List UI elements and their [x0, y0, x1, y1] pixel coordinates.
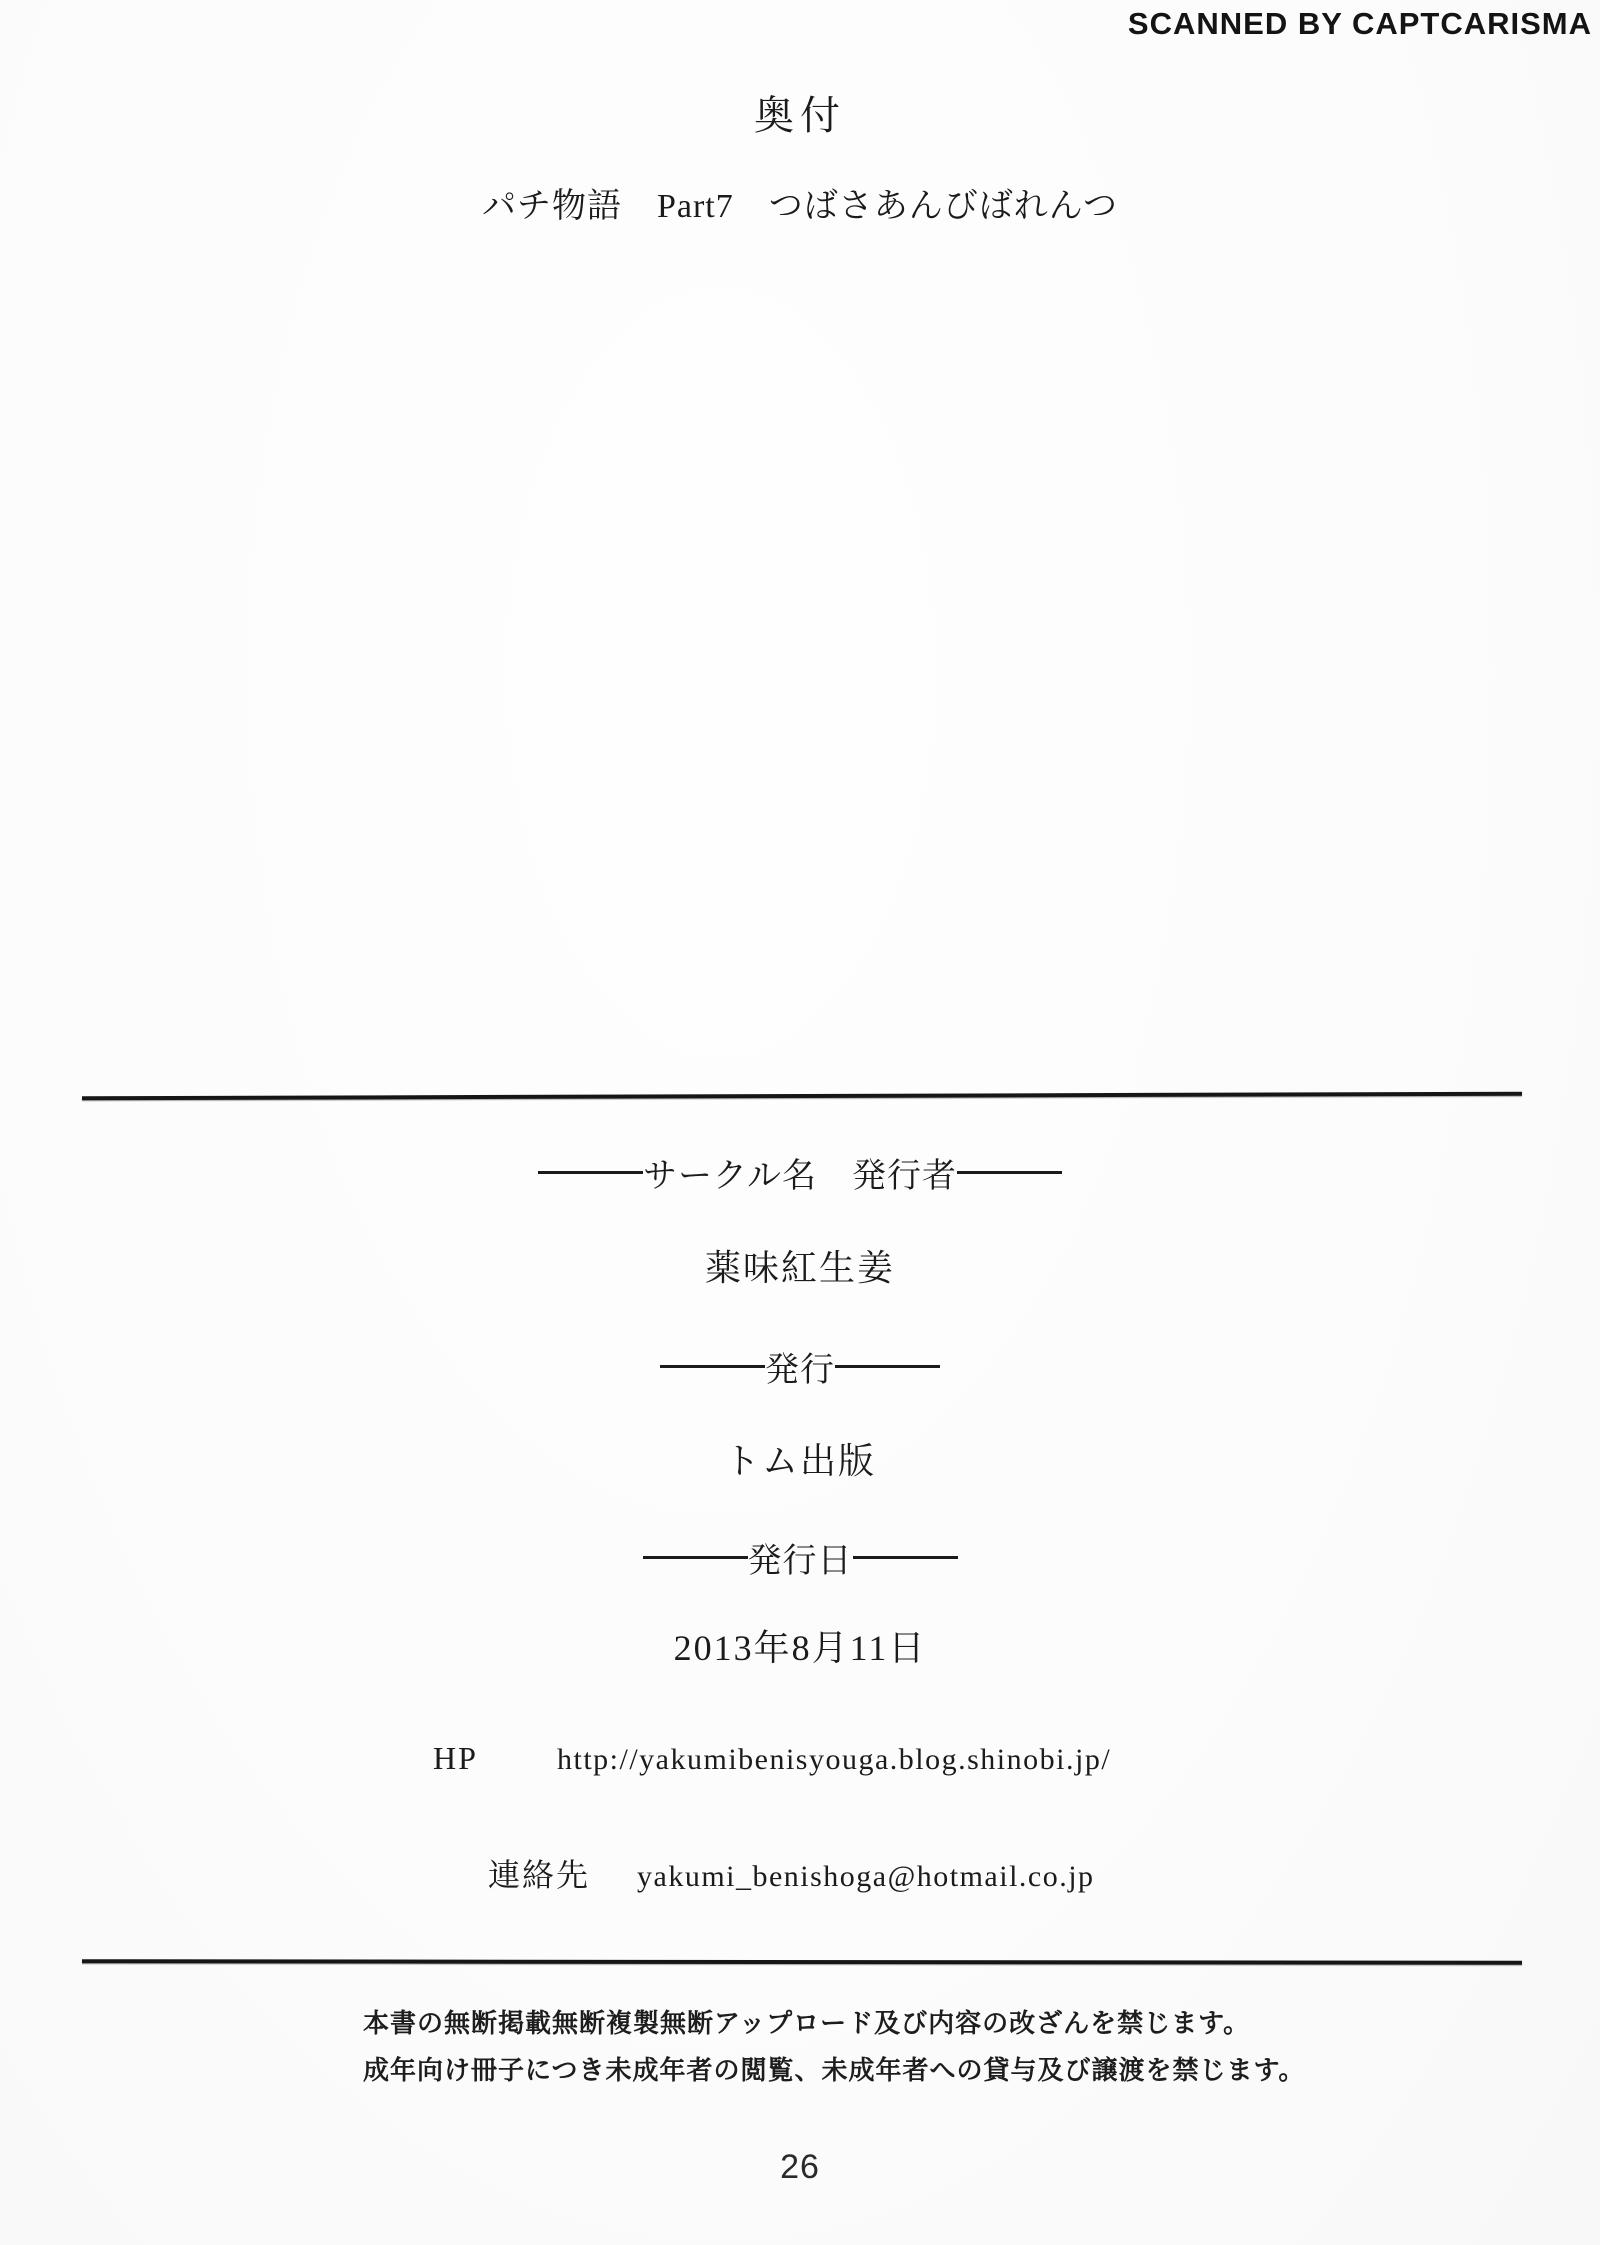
heading-rule-right	[835, 1365, 940, 1368]
bottom-divider	[82, 1959, 1522, 1965]
book-title: パチ物語 Part7 つばさあんびばれんつ	[0, 178, 1600, 227]
heading-rule-left	[643, 1556, 748, 1559]
publisher-name: トム出版	[0, 1433, 1600, 1484]
publication-date: 2013年8月11日	[0, 1620, 1600, 1671]
heading-rule-right	[957, 1171, 1062, 1174]
heading-rule-left	[660, 1365, 765, 1368]
page-number: 26	[0, 2148, 1600, 2187]
contact-label: 連絡先	[488, 1850, 637, 1896]
publication-heading: 発行	[0, 1342, 1600, 1391]
heading-rule-right	[853, 1556, 958, 1559]
disclaimer-line-2: 成年向け冊子につき未成年者の閲覧、未成年者への貸与及び譲渡を禁じます。	[363, 2050, 1305, 2087]
scanner-credit: SCANNED BY CAPTCARISMA	[1128, 6, 1592, 42]
disclaimer-line-1: 本書の無断掲載無断複製無断アップロード及び内容の改ざんを禁じます。	[363, 2003, 1250, 2040]
publication-date-heading-label: 発行日	[748, 1533, 853, 1582]
hp-row: HP http://yakumibenisyouga.blog.shinobi.…	[433, 1740, 1111, 1777]
top-divider	[82, 1092, 1522, 1101]
circle-name: 薬味紅生姜	[0, 1240, 1600, 1291]
contact-email: yakumi_benishoga@hotmail.co.jp	[637, 1860, 1095, 1894]
hp-label: HP	[433, 1740, 557, 1777]
colophon-page: SCANNED BY CAPTCARISMA 奥付 パチ物語 Part7 つばさ…	[0, 0, 1600, 2245]
contact-row: 連絡先 yakumi_benishoga@hotmail.co.jp	[488, 1850, 1095, 1896]
publication-heading-label: 発行	[765, 1342, 835, 1391]
hp-url: http://yakumibenisyouga.blog.shinobi.jp/	[557, 1743, 1111, 1777]
heading-rule-left	[538, 1171, 643, 1174]
publication-date-heading: 発行日	[0, 1533, 1600, 1582]
page-title: 奥付	[0, 84, 1600, 141]
circle-publisher-heading-label: サークル名 発行者	[643, 1148, 957, 1197]
circle-publisher-heading: サークル名 発行者	[0, 1148, 1600, 1197]
